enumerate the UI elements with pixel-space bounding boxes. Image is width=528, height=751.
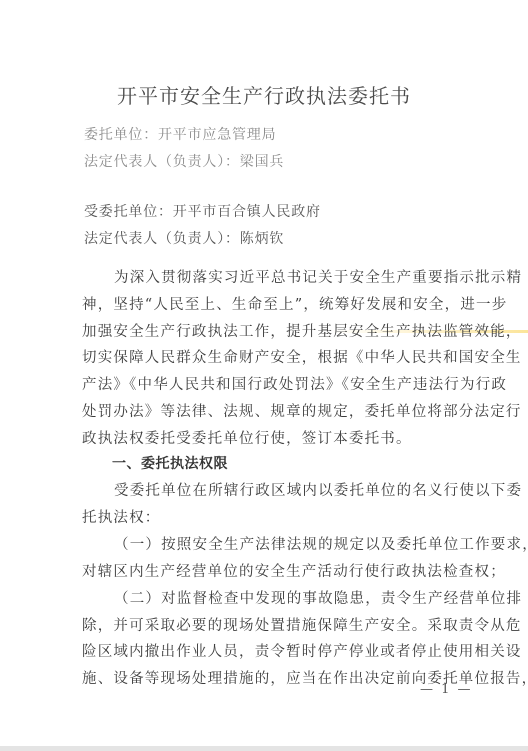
principal-representative: 法定代表人（负责人）：梁国兵 <box>84 151 284 171</box>
page-bottom-edge <box>0 746 528 751</box>
item-2-line: （二）对监督检查中发现的事故隐患，责令生产经营单位排 <box>114 587 450 608</box>
preamble-line: 处罚办法》等法律、法规、规章的规定，委托单位将部分法定行 <box>82 400 450 421</box>
preamble-line: 加强安全生产行政执法工作，提升基层安全生产执法监管效能， <box>82 320 450 341</box>
preamble-line: 产法》《中华人民共和国行政处罚法》《安全生产违法行为行政 <box>82 373 450 394</box>
agent-unit: 受委托单位：开平市百合镇人民政府 <box>84 201 321 221</box>
item-1-line: （一）按照安全生产法律法规的规定以及委托单位工作要求， <box>114 533 450 554</box>
preamble-line: 切实保障人民群众生命财产安全，根据《中华人民共和国安全生 <box>82 346 450 367</box>
document-page: 开平市安全生产行政执法委托书 委托单位：开平市应急管理局 法定代表人（负责人）：… <box>0 0 528 746</box>
section-heading: 一、委托执法权限 <box>112 453 228 473</box>
section-intro-line: 托执法权： <box>82 506 450 527</box>
agent-representative: 法定代表人（负责人）：陈炳钦 <box>84 228 284 248</box>
preamble-line: 为深入贯彻落实习近平总书记关于安全生产重要指示批示精 <box>114 266 450 287</box>
preamble-line: 政执法权委托受委托单位行使，签订本委托书。 <box>82 427 450 448</box>
section-intro-line: 受委托单位在所辖行政区域内以委托单位的名义行使以下委 <box>114 479 450 500</box>
item-2-line: 险区域内撤出作业人员，责令暂时停产停业或者停止使用相关设 <box>82 640 450 661</box>
document-title: 开平市安全生产行政执法委托书 <box>0 80 528 109</box>
preamble-line: 神，坚持“人民至上、生命至上”，统筹好发展和安全，进一步 <box>82 293 450 314</box>
item-2-line: 施、设备等现场处理措施的，应当在作出决定前向委托单位报告， <box>82 667 450 688</box>
page-number: — 1 — <box>420 682 473 697</box>
item-2-line: 除，并可采取必要的现场处置措施保障生产安全。采取责令从危 <box>82 614 450 635</box>
item-1-line: 对辖区内生产经营单位的安全生产活动行使行政执法检查权； <box>82 560 450 581</box>
principal-unit: 委托单位：开平市应急管理局 <box>84 124 276 144</box>
